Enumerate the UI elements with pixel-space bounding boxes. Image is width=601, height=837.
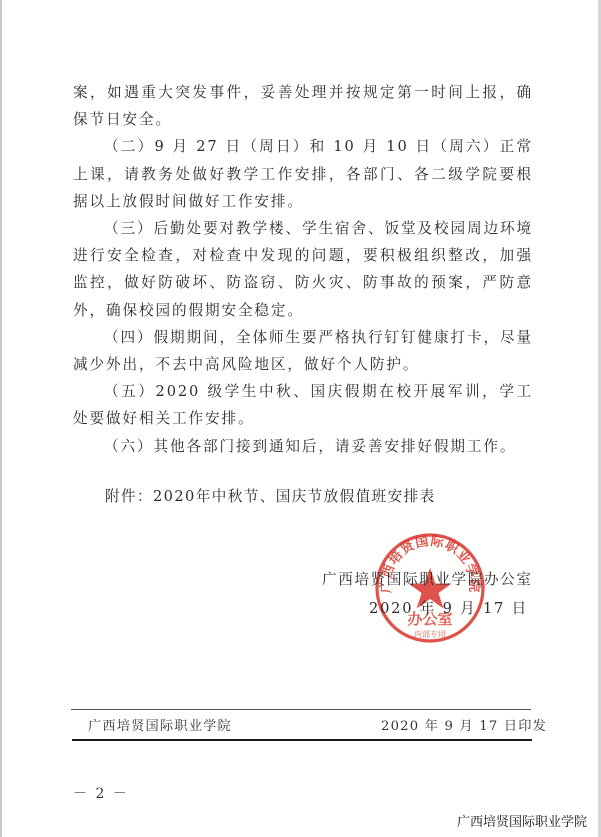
seal-bottom-text: 内部专用 bbox=[414, 629, 446, 639]
paragraph-item-5: （五）2020 级学生中秋、国庆假期在校开展军训，学工处要做好相关工作安排。 bbox=[73, 378, 533, 432]
document-body: 案，如遇重大突发事件，妥善处理并按规定第一时间上报，确保节日安全。 （二）9 月… bbox=[73, 79, 533, 460]
footer-issuer: 广西培贤国际职业学院 bbox=[88, 715, 232, 734]
footer-issue-date: 2020 年 9 月 17 日印发 bbox=[381, 715, 547, 734]
attachment-note: 附件：2020年中秋节、国庆节放假值班安排表 bbox=[105, 485, 436, 506]
page-left-border bbox=[0, 0, 2, 837]
paragraph-item-6: （六）其他各部门接到通知后，请妥善安排好假期工作。 bbox=[73, 433, 533, 460]
footer-top-rule bbox=[71, 709, 531, 710]
signature-date: 2020 年 9 月 17 日 bbox=[369, 597, 528, 618]
paragraph-item-4: （四）假期期间，全体师生要严格执行钉钉健康打卡，尽量减少外出，不去中高风险地区，… bbox=[73, 324, 533, 378]
paragraph-item-2: （二）9 月 27 日（周日）和 10 月 10 日（周六）正常上课，请教务处做… bbox=[73, 133, 533, 215]
signature-office: 广西培贤国际职业学院办公室 bbox=[322, 568, 533, 589]
footer-bottom-rule bbox=[72, 739, 532, 741]
page-number: － 2 － bbox=[73, 783, 129, 803]
paragraph-continuation: 案，如遇重大突发事件，妥善处理并按规定第一时间上报，确保节日安全。 bbox=[73, 79, 533, 133]
watermark-caption: 广西培贤国际职业学院 bbox=[457, 811, 587, 830]
paragraph-item-3: （三）后勤处要对教学楼、学生宿舍、饭堂及校园周边环境进行安全检查，对检查中发现的… bbox=[73, 215, 533, 324]
